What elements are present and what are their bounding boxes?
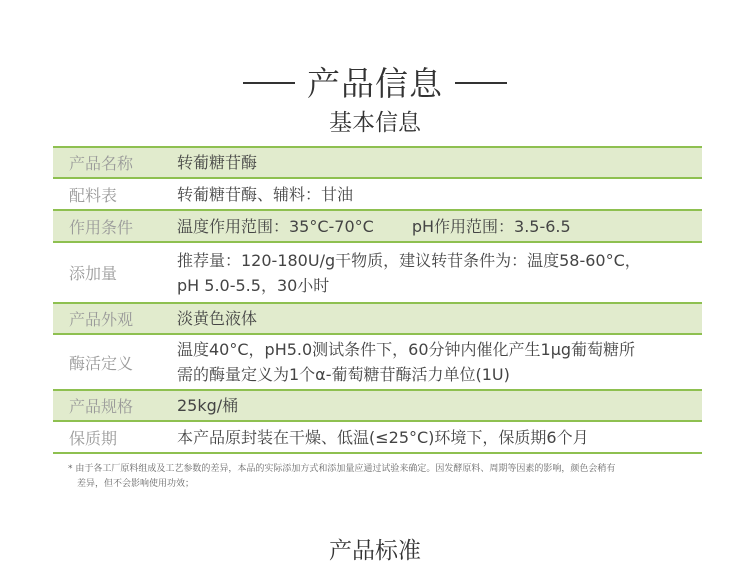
row-value: 温度作用范围：35°C-70°CpH作用范围：3.5-6.5 bbox=[177, 214, 702, 239]
row-label: 产品外观 bbox=[53, 307, 177, 330]
page-title: 产品信息 bbox=[0, 58, 750, 105]
row-value: 25kg/桶 bbox=[177, 393, 702, 418]
row-label: 添加量 bbox=[53, 261, 177, 284]
table-row-dosage: 添加量 推荐量：120-180U/g干物质，建议转苷条件为：温度58-60°C，… bbox=[53, 243, 702, 304]
row-label: 配料表 bbox=[53, 183, 177, 206]
table-row-product-name: 产品名称 转葡糖苷酶 bbox=[53, 148, 702, 179]
table-row-ingredients: 配料表 转葡糖苷酶、辅料：甘油 bbox=[53, 179, 702, 211]
footnote-line-2: 差异，但不会影响使用功效； bbox=[68, 477, 708, 492]
section-subtitle: 基本信息 bbox=[0, 104, 750, 137]
title-dash-right bbox=[455, 82, 507, 84]
title-dash-left bbox=[243, 82, 295, 84]
table-row-conditions: 作用条件 温度作用范围：35°C-70°CpH作用范围：3.5-6.5 bbox=[53, 211, 702, 243]
table-row-activity-definition: 酶活定义 温度40°C，pH5.0测试条件下，60分钟内催化产生1μg葡萄糖所需… bbox=[53, 335, 702, 391]
footnote-line-1: * 由于各工厂原料组成及工艺参数的差异，本品的实际添加方式和添加量应通过试验来确… bbox=[68, 462, 708, 477]
product-info-table: 产品名称 转葡糖苷酶 配料表 转葡糖苷酶、辅料：甘油 作用条件 温度作用范围：3… bbox=[53, 146, 702, 454]
row-value: 本产品原封装在干燥、低温(≤25°C)环境下，保质期6个月 bbox=[177, 425, 702, 450]
row-label: 产品规格 bbox=[53, 394, 177, 417]
row-value: 转葡糖苷酶、辅料：甘油 bbox=[177, 182, 702, 207]
row-value: 淡黄色液体 bbox=[177, 306, 702, 331]
table-row-specification: 产品规格 25kg/桶 bbox=[53, 391, 702, 422]
row-label: 保质期 bbox=[53, 426, 177, 449]
row-label: 作用条件 bbox=[53, 215, 177, 238]
ph-range: pH作用范围：3.5-6.5 bbox=[412, 217, 571, 236]
footnote: * 由于各工厂原料组成及工艺参数的差异，本品的实际添加方式和添加量应通过试验来确… bbox=[68, 462, 708, 492]
row-label: 酶活定义 bbox=[53, 351, 177, 374]
row-value: 温度40°C，pH5.0测试条件下，60分钟内催化产生1μg葡萄糖所需的酶量定义… bbox=[177, 337, 702, 387]
page-title-text: 产品信息 bbox=[307, 64, 443, 103]
section-title-product-standard: 产品标准 bbox=[0, 532, 750, 565]
row-label: 产品名称 bbox=[53, 151, 177, 174]
row-value: 转葡糖苷酶 bbox=[177, 150, 702, 175]
table-row-shelf-life: 保质期 本产品原封装在干燥、低温(≤25°C)环境下，保质期6个月 bbox=[53, 422, 702, 454]
row-value: 推荐量：120-180U/g干物质，建议转苷条件为：温度58-60°C，pH 5… bbox=[177, 248, 702, 298]
table-row-appearance: 产品外观 淡黄色液体 bbox=[53, 304, 702, 335]
temperature-range: 温度作用范围：35°C-70°C bbox=[177, 217, 374, 236]
